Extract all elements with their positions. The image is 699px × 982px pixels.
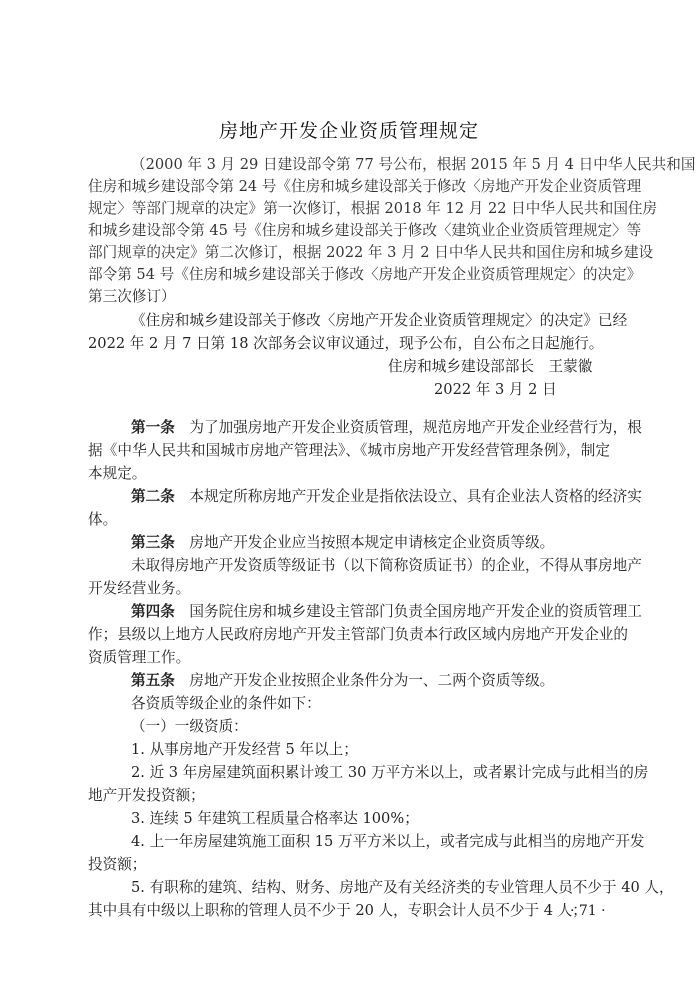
article-5-line: 投资额；	[88, 854, 610, 876]
preamble-line: 部令第 54 号《住房和城乡建设部关于修改〈房地产开发企业资质管理规定〉的决定》	[88, 264, 610, 286]
document-title: 房地产开发企业资质管理规定	[88, 116, 610, 143]
article-5-line: 其中具有中级以上职称的管理人员不少于 20 人，专职会计人员不少于 4 人；	[88, 900, 610, 922]
decree-line: 2022 年 2 月 7 日第 18 次部务会议审议通过，现予公布，自公布之日起…	[88, 333, 610, 355]
article-3-line: 未取得房地产开发资质等级证书（以下简称资质证书）的企业，不得从事房地产	[88, 555, 610, 577]
preamble-line: 第三次修订）	[88, 286, 610, 308]
preamble-line: 部门规章的决定》第二次修订，根据 2022 年 3 月 2 日中华人民共和国住房…	[88, 242, 610, 264]
article-4-line: 作；县级以上地方人民政府房地产开发主管部门负责本行政区域内房地产开发企业的	[88, 624, 610, 646]
signature-signer: 住房和城乡建设部部长 王蒙徽	[388, 356, 610, 378]
decree-line: 《住房和城乡建设部关于修改〈房地产开发企业资质管理规定〉的决定》已经	[88, 310, 610, 332]
preamble-line: 规定〉等部门规章的决定》第一次修订，根据 2018 年 12 月 22 日中华人…	[88, 198, 610, 220]
article-5-line: 2. 近 3 年房屋建筑面积累计竣工 30 万平方米以上，或者累计完成与此相当的…	[88, 762, 610, 784]
article-5-line: 各资质等级企业的条件如下：	[88, 693, 610, 715]
article-1-line: 据《中华人民共和国城市房地产管理法》、《城市房地产开发经营管理条例》，制定	[88, 440, 610, 462]
article-4-line: 第四条 国务院住房和城乡建设主管部门负责全国房地产开发企业的资质管理工	[88, 601, 610, 623]
article-4-line: 资质管理工作。	[88, 647, 610, 669]
article-label: 第五条	[131, 672, 175, 689]
article-5-line: 1. 从事房地产开发经营 5 年以上；	[88, 739, 610, 761]
article-3-line: 开发经营业务。	[88, 578, 610, 600]
preamble-line: （2000 年 3 月 29 日建设部令第 77 号公布，根据 2015 年 5…	[88, 154, 610, 176]
article-5-line: 5. 有职称的建筑、结构、财务、房地产及有关经济类的专业管理人员不少于 40 人…	[88, 877, 610, 899]
article-label: 第四条	[131, 603, 175, 620]
article-5-line: 4. 上一年房屋建筑施工面积 15 万平方米以上，或者完成与此相当的房地产开发	[88, 831, 610, 853]
article-label: 第二条	[131, 488, 175, 505]
article-2-line: 第二条 本规定所称房地产开发企业是指依法设立、具有企业法人资格的经济实	[88, 486, 610, 508]
article-label: 第一条	[131, 419, 175, 436]
article-5-line: 3. 连续 5 年建筑工程质量合格率达 100%；	[88, 808, 610, 830]
article-5-line: （一）一级资质：	[88, 716, 610, 738]
signature-date: 2022 年 3 月 2 日	[434, 379, 610, 401]
article-1-line: 第一条 为了加强房地产开发企业资质管理，规范房地产开发企业经营行为，根	[88, 417, 610, 439]
article-5-line: 第五条 房地产开发企业按照企业条件分为一、二两个资质等级。	[88, 670, 610, 692]
article-5-line: 地产开发投资额；	[88, 785, 610, 807]
page-number: · 71 ·	[570, 903, 606, 919]
article-3-line: 第三条 房地产开发企业应当按照本规定申请核定企业资质等级。	[88, 532, 610, 554]
preamble-line: 住房和城乡建设部令第 24 号《住房和城乡建设部关于修改〈房地产开发企业资质管理	[88, 176, 610, 198]
article-1-line: 本规定。	[88, 463, 610, 485]
article-2-line: 体。	[88, 509, 610, 531]
article-label: 第三条	[131, 534, 175, 551]
preamble-line: 和城乡建设部令第 45 号《住房和城乡建设部关于修改〈建筑业企业资质管理规定〉等	[88, 220, 610, 242]
